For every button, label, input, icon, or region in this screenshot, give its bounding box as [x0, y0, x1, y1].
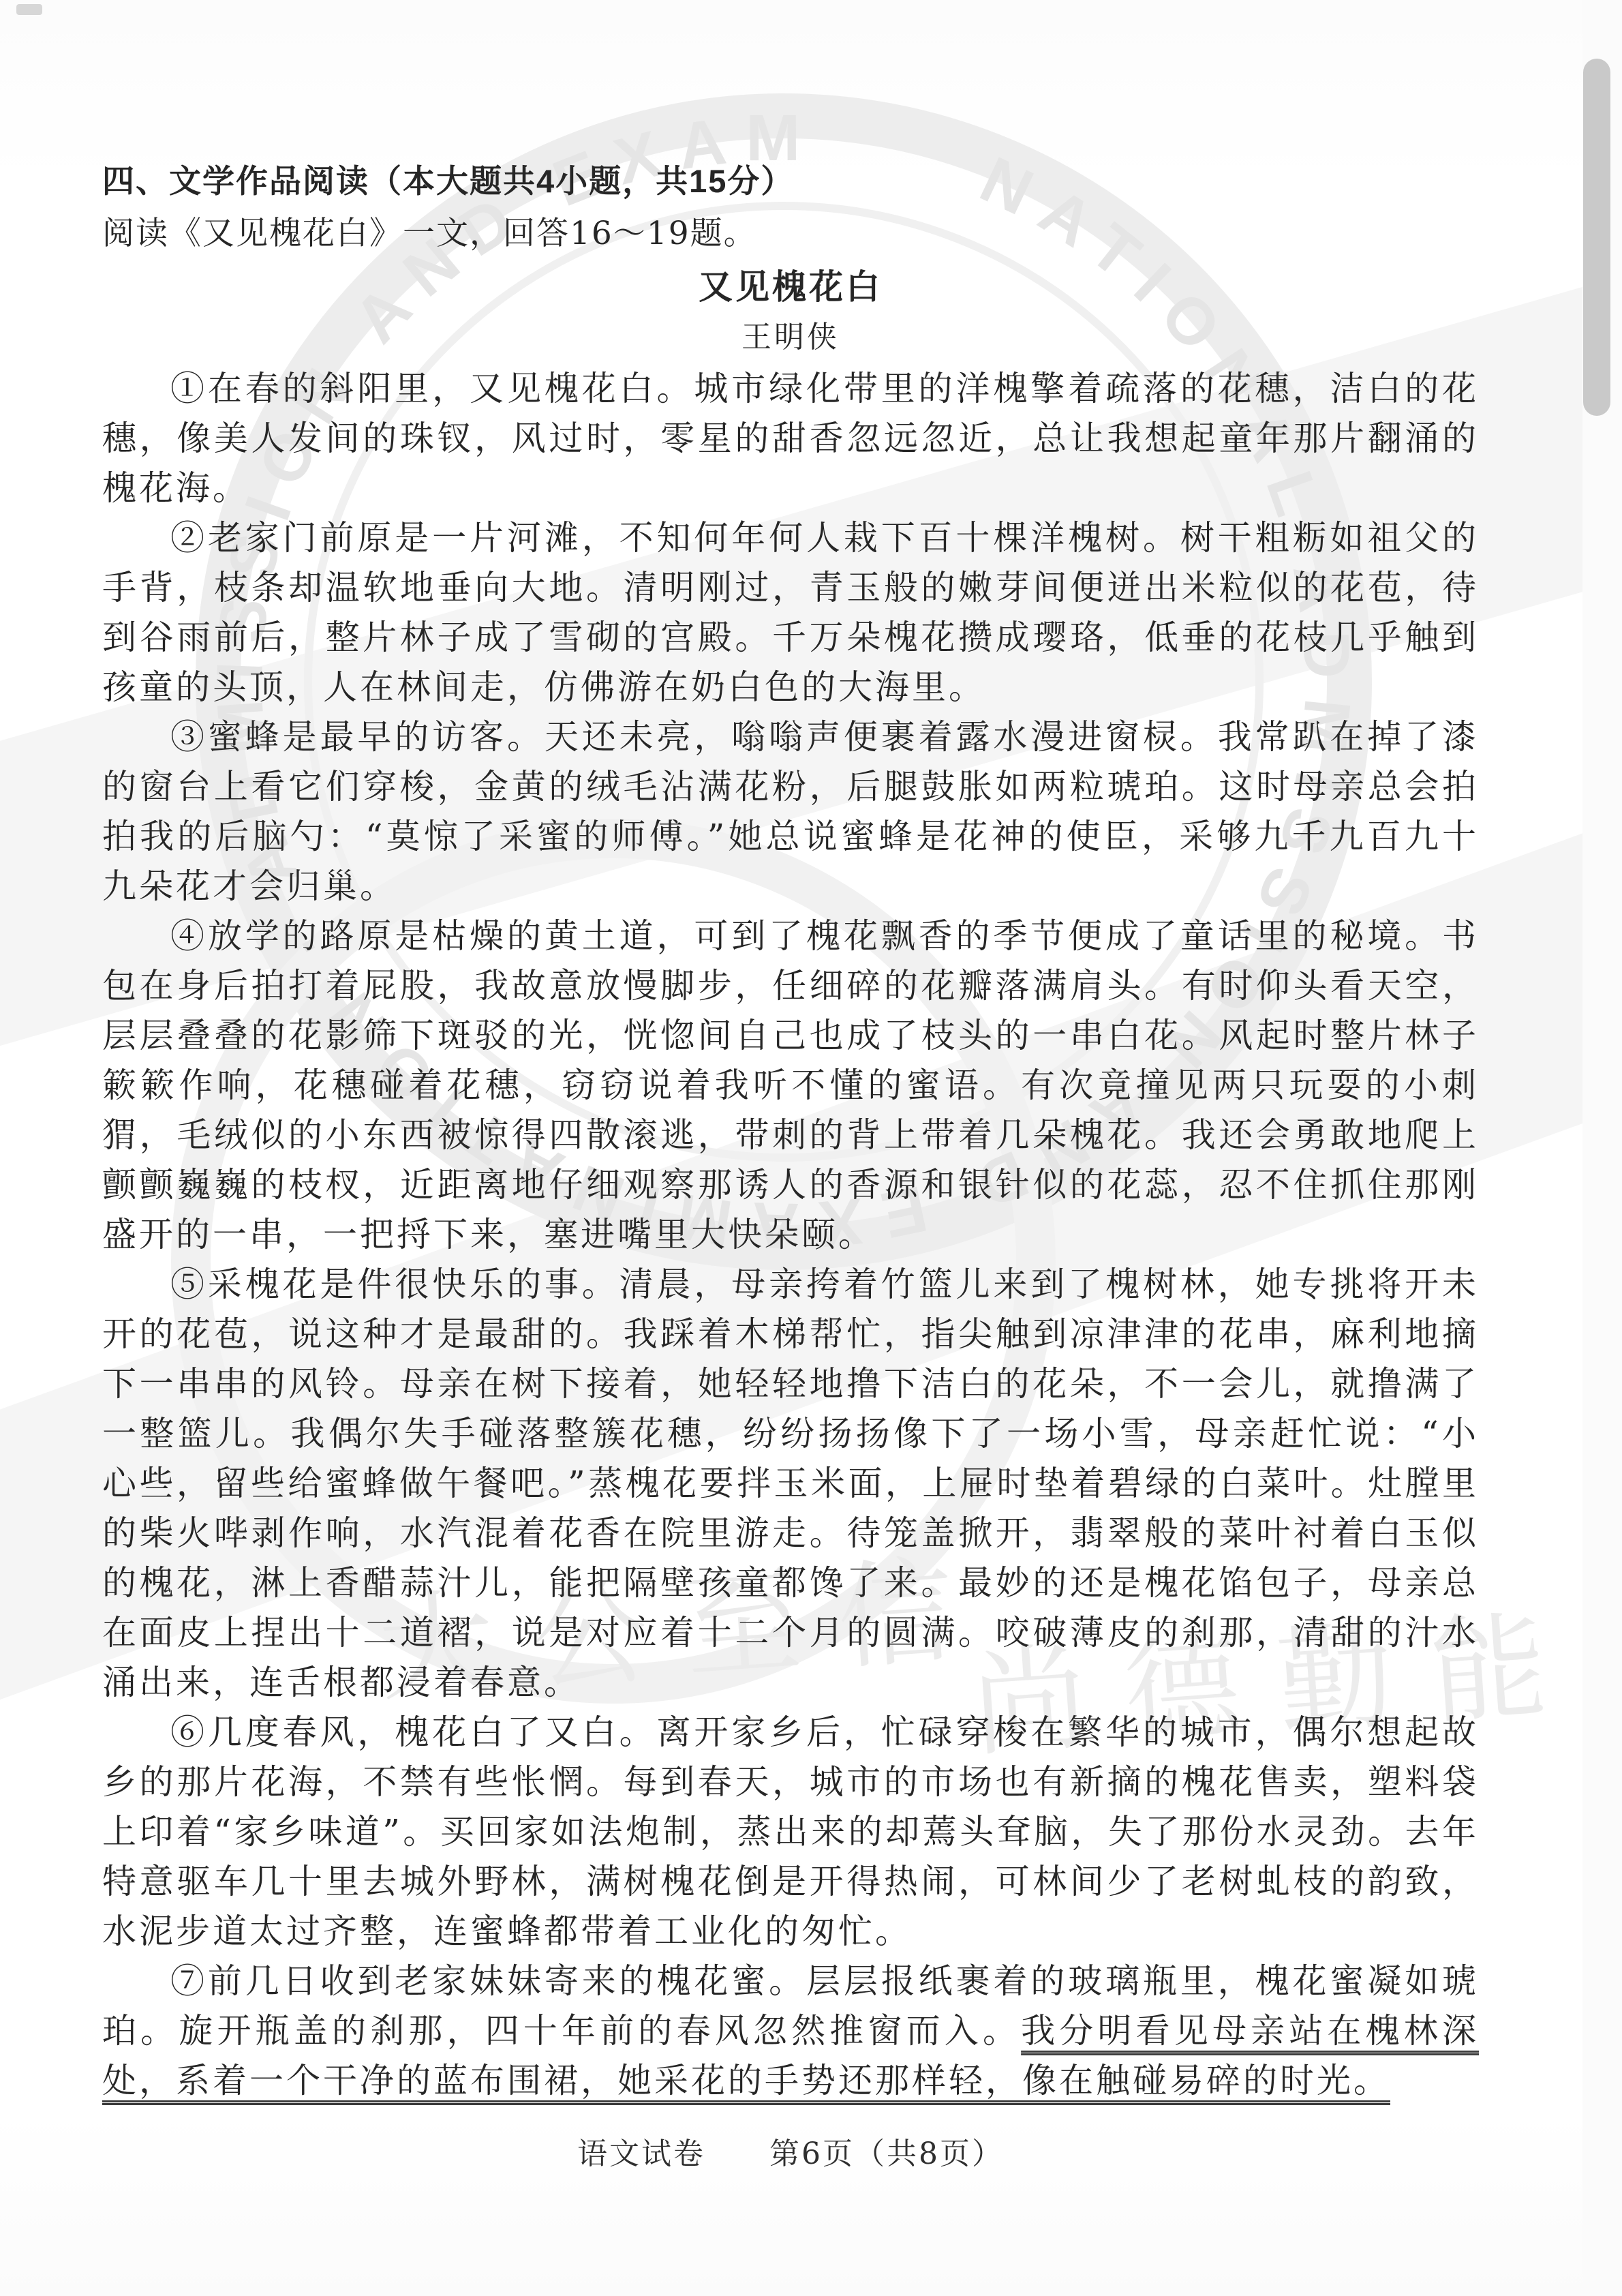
article-paragraph-1: ①在春的斜阳里，又见槐花白。城市绿化带里的洋槐擎着疏落的花穗，洁白的花穗，像美人…	[102, 364, 1479, 513]
article-author: 王明侠	[102, 314, 1479, 361]
reading-instruction: 阅读《又见槐花白》一文，回答16～19题。	[102, 207, 1479, 260]
article-paragraph-7: ⑦前几日收到老家妹妹寄来的槐花蜜。层层报纸裹着的玻璃瓶里，槐花蜜凝如琥珀。旋开瓶…	[102, 1957, 1479, 2106]
document-content: 四、文学作品阅读（本大题共4小题，共15分） 阅读《又见槐花白》一文，回答16～…	[102, 155, 1479, 2203]
scrollbar-thumb[interactable]	[1583, 59, 1610, 416]
page-footer: 语文试卷 第6页（共8页）	[102, 2129, 1479, 2173]
article-paragraph-4: ④放学的路原是枯燥的黄土道，可到了槐花飘香的季节便成了童话里的秘境。书包在身后拍…	[102, 911, 1479, 1260]
article-paragraph-5: ⑤采槐花是件很快乐的事。清晨，母亲挎着竹篮儿来到了槐树林，她专挑将开未开的花苞，…	[102, 1260, 1479, 1708]
article-paragraph-6: ⑥几度春风，槐花白了又白。离开家乡后，忙碌穿梭在繁华的城市，偶尔想起故乡的那片花…	[102, 1708, 1479, 1957]
article-title: 又见槐花白	[102, 260, 1479, 314]
article-paragraph-3: ③蜜蜂是最早的访客。天还未亮，嗡嗡声便裹着露水漫进窗棂。我常趴在掉了漆的窗台上看…	[102, 712, 1479, 911]
scan-artifact	[16, 4, 42, 15]
scanned-exam-page: NATIONAL ADMISSION AND EXAMINATION · ADM…	[0, 0, 1622, 2296]
article-paragraph-2: ②老家门前原是一片河滩，不知何年何人栽下百十棵洋槐树。树干粗粝如祖父的手背，枝条…	[102, 513, 1479, 712]
section-heading: 四、文学作品阅读（本大题共4小题，共15分）	[102, 155, 1479, 207]
